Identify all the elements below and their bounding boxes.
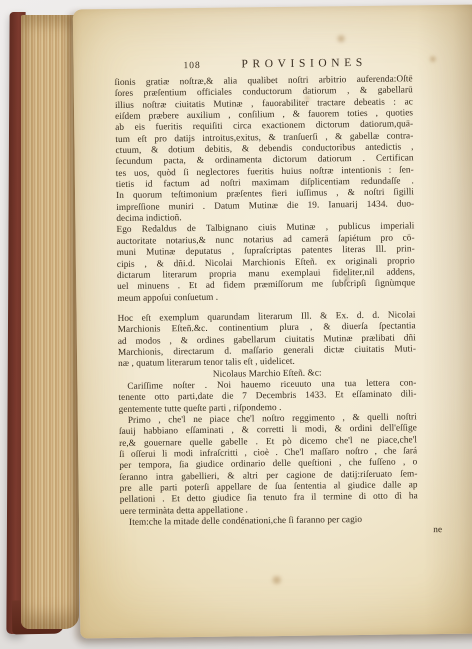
- foxing-spot: [270, 575, 284, 585]
- text-block: 108 PROVISIONES ſionis gratiæ noſtræ,& a…: [114, 57, 418, 540]
- book-photograph: 108 PROVISIONES ſionis gratiæ noſtræ,& a…: [0, 0, 472, 649]
- page-number: 108: [183, 61, 200, 73]
- paragraphs-container: ſionis gratiæ noſtræ,& alia qualibet noſ…: [115, 74, 418, 529]
- paragraph: Cariſſime noſter . Noi hauemo riceuuto u…: [118, 378, 416, 416]
- foxing-spot: [335, 34, 347, 43]
- foxing-spot: [428, 55, 437, 63]
- running-title: PROVISIONES: [241, 58, 367, 71]
- page-header: 108 PROVISIONES: [114, 57, 412, 74]
- paragraph: Primo , che'l ne piace che'l noſtro regg…: [119, 412, 418, 518]
- paragraph: Ego Redaldus de Talbignano ciuis Mutinæ …: [116, 222, 415, 305]
- gutter-shadow: [417, 5, 472, 635]
- paragraph: Hoc eſt exemplum quarundam literarum Ill…: [117, 310, 416, 370]
- book-page: 108 PROVISIONES ſionis gratiæ noſtræ,& a…: [73, 5, 472, 639]
- page-edges-stack: [21, 15, 79, 629]
- paragraph: ſionis gratiæ noſtræ,& alia qualibet noſ…: [115, 74, 415, 225]
